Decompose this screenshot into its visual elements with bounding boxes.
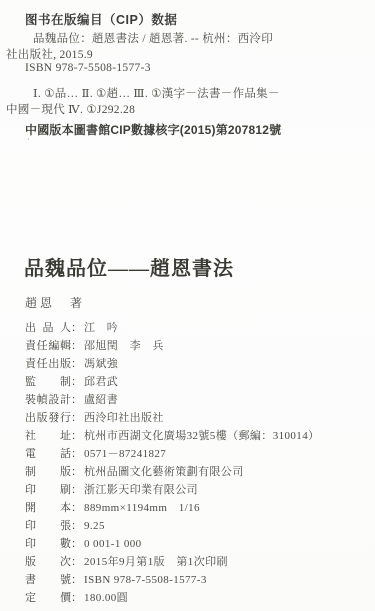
row-label: 裝幀設計: [25, 394, 71, 406]
cip-classification-line-1: Ⅰ. ①品… Ⅱ. ①趙… Ⅲ. ①漢字－法書－作品集－: [33, 85, 280, 101]
row-colon: ：: [71, 502, 82, 514]
row-value: 0 001-1 000: [84, 538, 142, 550]
colophon-row-producer: 出品人：江 吟: [25, 322, 365, 334]
row-value: 邱君武: [84, 376, 118, 388]
colophon-row-editor: 責任編輯：邵旭閏 李 兵: [25, 340, 365, 352]
colophon-row-publisher: 出版發行：西泠印社出版社: [25, 412, 365, 424]
row-value: 0571－87241827: [84, 448, 166, 460]
row-label: 開本: [25, 502, 71, 514]
scan-speck: ·: [27, 138, 32, 142]
cip-classification-line-2: 中國－現代 Ⅳ. ①J292.28: [6, 101, 135, 117]
colophon-row-address: 社址：杭州市西湖文化廣場32號5樓（郵編：310014）: [25, 430, 365, 442]
row-label: 定價: [25, 592, 71, 604]
row-colon: ：: [71, 484, 82, 496]
colophon-row-edition: 版次：2015年9月第1版 第1次印刷: [25, 556, 365, 568]
row-colon: ：: [71, 448, 82, 460]
row-colon: ：: [71, 376, 82, 388]
row-label: 出品人: [25, 322, 71, 334]
book-title: 品魏品位——趙恩書法: [24, 252, 234, 281]
row-colon: ：: [71, 340, 82, 352]
row-value: 浙江影天印業有限公司: [84, 484, 198, 496]
row-value: 杭州市西湖文化廣場32號5樓（郵編：310014）: [84, 430, 320, 442]
row-label: 電話: [25, 448, 71, 460]
colophon-row-format: 開本：889mm×1194mm 1/16: [25, 502, 365, 514]
colophon-page: { "ui": { "colon": "：" }, "cip": { "head…: [0, 0, 375, 611]
colophon-row-printer: 印刷：浙江影天印業有限公司: [25, 484, 365, 496]
row-label: 監制: [25, 376, 71, 388]
row-colon: ：: [71, 538, 82, 550]
cip-title-line: 品魏品位：趙恩書法 / 趙恩著. -- 杭州：西泠印: [33, 30, 273, 46]
cip-registry-number: 中國版本圖書館CIP數據核字(2015)第207812號: [25, 121, 281, 138]
row-label: 責任編輯: [25, 340, 71, 352]
colophon-list: 出品人：江 吟 責任編輯：邵旭閏 李 兵 責任出版：馮斌強 監制：邱君武 裝幀設…: [25, 322, 365, 610]
row-colon: ：: [71, 412, 82, 424]
row-value: 西泠印社出版社: [84, 412, 164, 424]
row-label: 印刷: [25, 484, 71, 496]
colophon-row-price: 定價：180.00圓: [25, 592, 365, 604]
colophon-row-designer: 裝幀設計：盧紹書: [25, 394, 365, 406]
row-colon: ：: [71, 556, 82, 568]
row-label: 社址: [25, 430, 71, 442]
row-label: 書號: [25, 574, 71, 586]
row-colon: ：: [71, 520, 82, 532]
row-colon: ：: [71, 466, 82, 478]
row-value: 180.00圓: [84, 592, 128, 604]
row-value: ISBN 978-7-5508-1577-3: [84, 574, 207, 586]
colophon-row-platemaking: 制版：杭州品圖文化藝術策劃有限公司: [25, 466, 365, 478]
row-label: 責任出版: [25, 358, 71, 370]
row-colon: ：: [71, 358, 82, 370]
colophon-row-publishing-editor: 責任出版：馮斌強: [25, 358, 365, 370]
row-value: 盧紹書: [84, 394, 118, 406]
row-colon: ：: [71, 574, 82, 586]
row-colon: ：: [71, 394, 82, 406]
colophon-row-phone: 電話：0571－87241827: [25, 448, 365, 460]
row-value: 2015年9月第1版 第1次印刷: [84, 556, 228, 568]
row-value: 江 吟: [84, 322, 118, 334]
book-author: 趙恩 著: [25, 294, 85, 311]
row-label: 出版發行: [25, 412, 71, 424]
row-label: 印數: [25, 538, 71, 550]
colophon-row-isbn: 書號：ISBN 978-7-5508-1577-3: [25, 574, 365, 586]
colophon-row-supervisor: 監制：邱君武: [25, 376, 365, 388]
row-colon: ：: [71, 592, 82, 604]
row-colon: ：: [71, 322, 82, 334]
row-label: 制版: [25, 466, 71, 478]
row-value: 9.25: [84, 520, 105, 532]
cip-isbn-line: ISBN 978-7-5508-1577-3: [25, 62, 151, 74]
colophon-row-print-run: 印數：0 001-1 000: [25, 538, 365, 550]
cip-heading: 图书在版编目（CIP）数据: [25, 10, 177, 28]
row-value: 馮斌強: [84, 358, 118, 370]
row-label: 版次: [25, 556, 71, 568]
colophon-row-sheets: 印張：9.25: [25, 520, 365, 532]
row-value: 邵旭閏 李 兵: [84, 340, 164, 352]
cip-publisher-line: 社出版社, 2015.9: [6, 46, 93, 62]
row-value: 889mm×1194mm 1/16: [84, 502, 200, 514]
row-label: 印張: [25, 520, 71, 532]
row-value: 杭州品圖文化藝術策劃有限公司: [84, 466, 244, 478]
row-colon: ：: [71, 430, 82, 442]
